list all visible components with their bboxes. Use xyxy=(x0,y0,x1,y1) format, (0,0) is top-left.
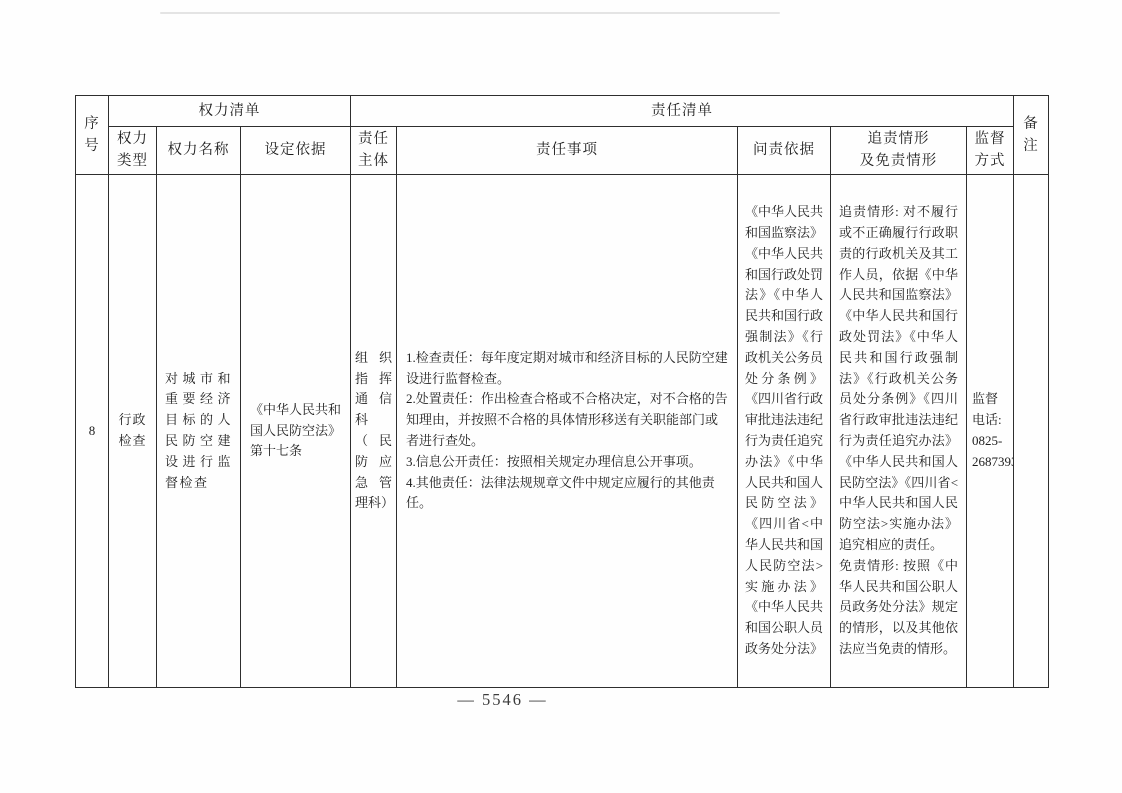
cell-accountability-basis: 《中华人民共和国监察法》《中华人民共和国行政处罚法》《中华人民共和国行政强制法》… xyxy=(738,174,831,687)
cell-setting-basis: 《中华人民共和国人民防空法》第十七条 xyxy=(241,174,351,687)
cell-responsibility-matters: 1.检查责任：每年度定期对城市和经济目标的人民防空建设进行监督检查。 2.处置责… xyxy=(397,174,738,687)
header-row-columns: 权力 类型 权力名称 设定依据 责任 主体 责任事项 问责依据 追责情形 及免责… xyxy=(76,127,1049,175)
group-header-power-list: 权力清单 xyxy=(109,96,351,127)
col-header-accountability-situations: 追责情形 及免责情形 xyxy=(831,127,967,175)
power-responsibility-table: 序 号 权力清单 责任清单 备 注 权力 类型 权力名称 设定依据 责任 主体 … xyxy=(75,95,1049,688)
cell-supervision-method: 监督 电话: 0825- 2687393 xyxy=(967,174,1014,687)
cell-responsibility-subject: 组织指挥通信科（民防应急管理科） xyxy=(351,174,397,687)
col-header-serial: 序 号 xyxy=(76,96,109,175)
col-header-power-type: 权力 类型 xyxy=(109,127,157,175)
header-row-groups: 序 号 权力清单 责任清单 备 注 xyxy=(76,96,1049,127)
cell-accountability-and-exemption: 追责情形: 对不履行或不正确履行行政职责的行政机关及其工作人员，依据《中华人民共… xyxy=(831,174,967,687)
col-header-responsibility-subject: 责任 主体 xyxy=(351,127,397,175)
document-page: 序 号 权力清单 责任清单 备 注 权力 类型 权力名称 设定依据 责任 主体 … xyxy=(0,0,1122,793)
col-header-accountability-basis: 问责依据 xyxy=(738,127,831,175)
table-row: 8 行政 检查 对城市和重要经济目标的人民防空建设进行监督检查 《中华人民共和国… xyxy=(76,174,1049,687)
group-header-responsibility-list: 责任清单 xyxy=(351,96,1014,127)
col-header-power-name: 权力名称 xyxy=(157,127,241,175)
scan-artifact-top xyxy=(160,12,780,14)
col-header-responsibility-matters: 责任事项 xyxy=(397,127,738,175)
col-header-supervision-method: 监督 方式 xyxy=(967,127,1014,175)
cell-remarks xyxy=(1014,174,1049,687)
col-header-remarks: 备 注 xyxy=(1014,96,1049,175)
cell-serial-number: 8 xyxy=(76,174,109,687)
col-header-setting-basis: 设定依据 xyxy=(241,127,351,175)
page-number: — 5546 — xyxy=(0,690,1005,710)
cell-power-type: 行政 检查 xyxy=(109,174,157,687)
cell-power-name: 对城市和重要经济目标的人民防空建设进行监督检查 xyxy=(157,174,241,687)
